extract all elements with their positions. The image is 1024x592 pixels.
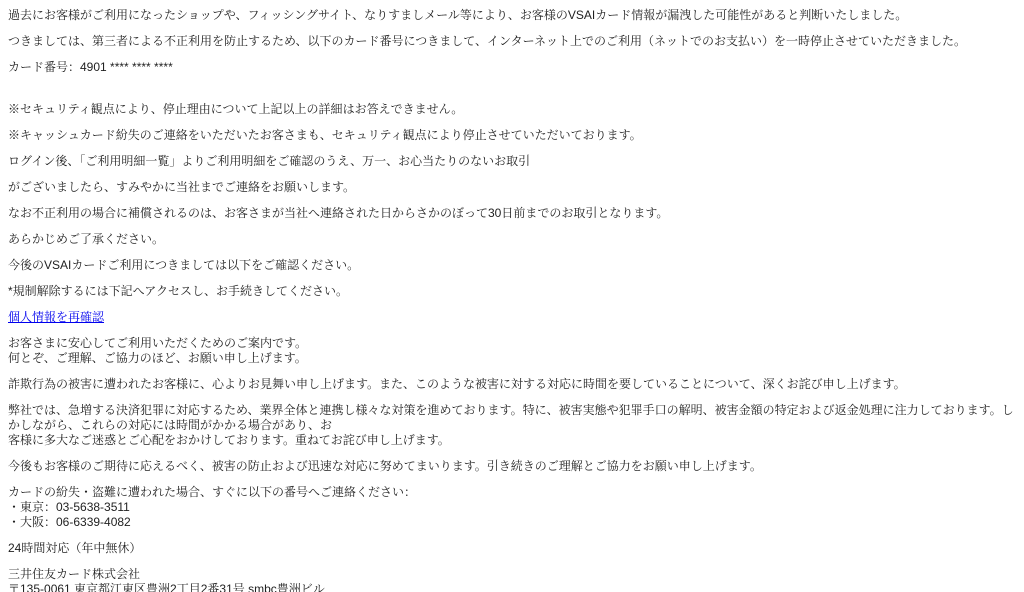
paragraph-company-signature: 三井住友カード株式会社 〒135-0061 東京都江東区豊洲2丁目2番31号 s… (8, 567, 1016, 592)
measures-line-1: 弊社では、急増する決済犯罪に対応するため、業界全体と連携し様々な対策を進めており… (8, 403, 1016, 433)
paragraph-commitment: 今後もお客様のご期待に応えるべく、被害の防止および迅速な対応に努めてまいります。… (8, 459, 1016, 474)
email-body: 過去にお客様がご利用になったショップや、フィッシングサイト、なりすましメール等に… (8, 8, 1016, 592)
contact-tokyo-number: ・東京：03-5638-3511 (8, 500, 1016, 515)
paragraph-contact-numbers: カードの紛失・盗難に遭われた場合、すぐに以下の番号へご連絡ください： ・東京：0… (8, 485, 1016, 530)
paragraph-login-instruction-2: がございましたら、すみやかに当社までご連絡をお願いします。 (8, 180, 1016, 195)
guidance-line-1: お客さまに安心してご利用いただくためのご案内です。 (8, 336, 1016, 351)
company-name: 三井住友カード株式会社 (8, 567, 1016, 582)
paragraph-unlock-instruction: *規制解除するには下記へアクセスし、お手続きしてください。 (8, 284, 1016, 299)
paragraph-future-usage: 今後のVSAIカードご利用につきましては以下をご確認ください。 (8, 258, 1016, 273)
paragraph-apology-fraud: 詐欺行為の被害に遭われたお客様に、心よりお見舞い申し上げます。また、このような被… (8, 377, 1016, 392)
contact-osaka-number: ・大阪：06-6339-4082 (8, 515, 1016, 530)
paragraph-suspension-notice: つきましては、第三者による不正利用を防止するため、以下のカード番号につきまして、… (8, 34, 1016, 49)
guidance-line-2: 何とぞ、ご理解、ご協力のほど、お願い申し上げます。 (8, 351, 1016, 366)
paragraph-card-number: カード番号：4901 **** **** **** (8, 60, 1016, 75)
paragraph-compensation-policy: なお不正利用の場合に補償されるのは、お客さまが当社へ連絡された日からさかのぼって… (8, 206, 1016, 221)
paragraph-note-security: ※セキュリティ観点により、停止理由について上記以上の詳細はお答えできません。 (8, 102, 1016, 117)
paragraph-reconfirm-link: 個人情報を再確認 (8, 310, 1016, 325)
reconfirm-personal-info-link[interactable]: 個人情報を再確認 (8, 310, 104, 324)
paragraph-note-cash-card: ※キャッシュカード紛失のご連絡をいただいたお客さまも、セキュリティ観点により停止… (8, 128, 1016, 143)
paragraph-guidance: お客さまに安心してご利用いただくためのご案内です。 何とぞ、ご理解、ご協力のほど… (8, 336, 1016, 366)
contact-intro: カードの紛失・盗難に遭われた場合、すぐに以下の番号へご連絡ください： (8, 485, 1016, 500)
paragraph-company-measures: 弊社では、急増する決済犯罪に対応するため、業界全体と連携し様々な対策を進めており… (8, 403, 1016, 448)
paragraph-leak-notice: 過去にお客様がご利用になったショップや、フィッシングサイト、なりすましメール等に… (8, 8, 1016, 23)
paragraph-login-instruction-1: ログイン後、「ご利用明細一覧」よりご利用明細をご確認のうえ、万一、お心当たりのな… (8, 154, 1016, 169)
company-address: 〒135-0061 東京都江東区豊洲2丁目2番31号 smbc豊洲ビル (8, 582, 1016, 592)
paragraph-acknowledgement: あらかじめご了承ください。 (8, 232, 1016, 247)
paragraph-support-hours: 24時間対応（年中無休） (8, 541, 1016, 556)
measures-line-2: 客様に多大なご迷惑とご心配をおかけしております。重ねてお詫び申し上げます。 (8, 433, 1016, 448)
